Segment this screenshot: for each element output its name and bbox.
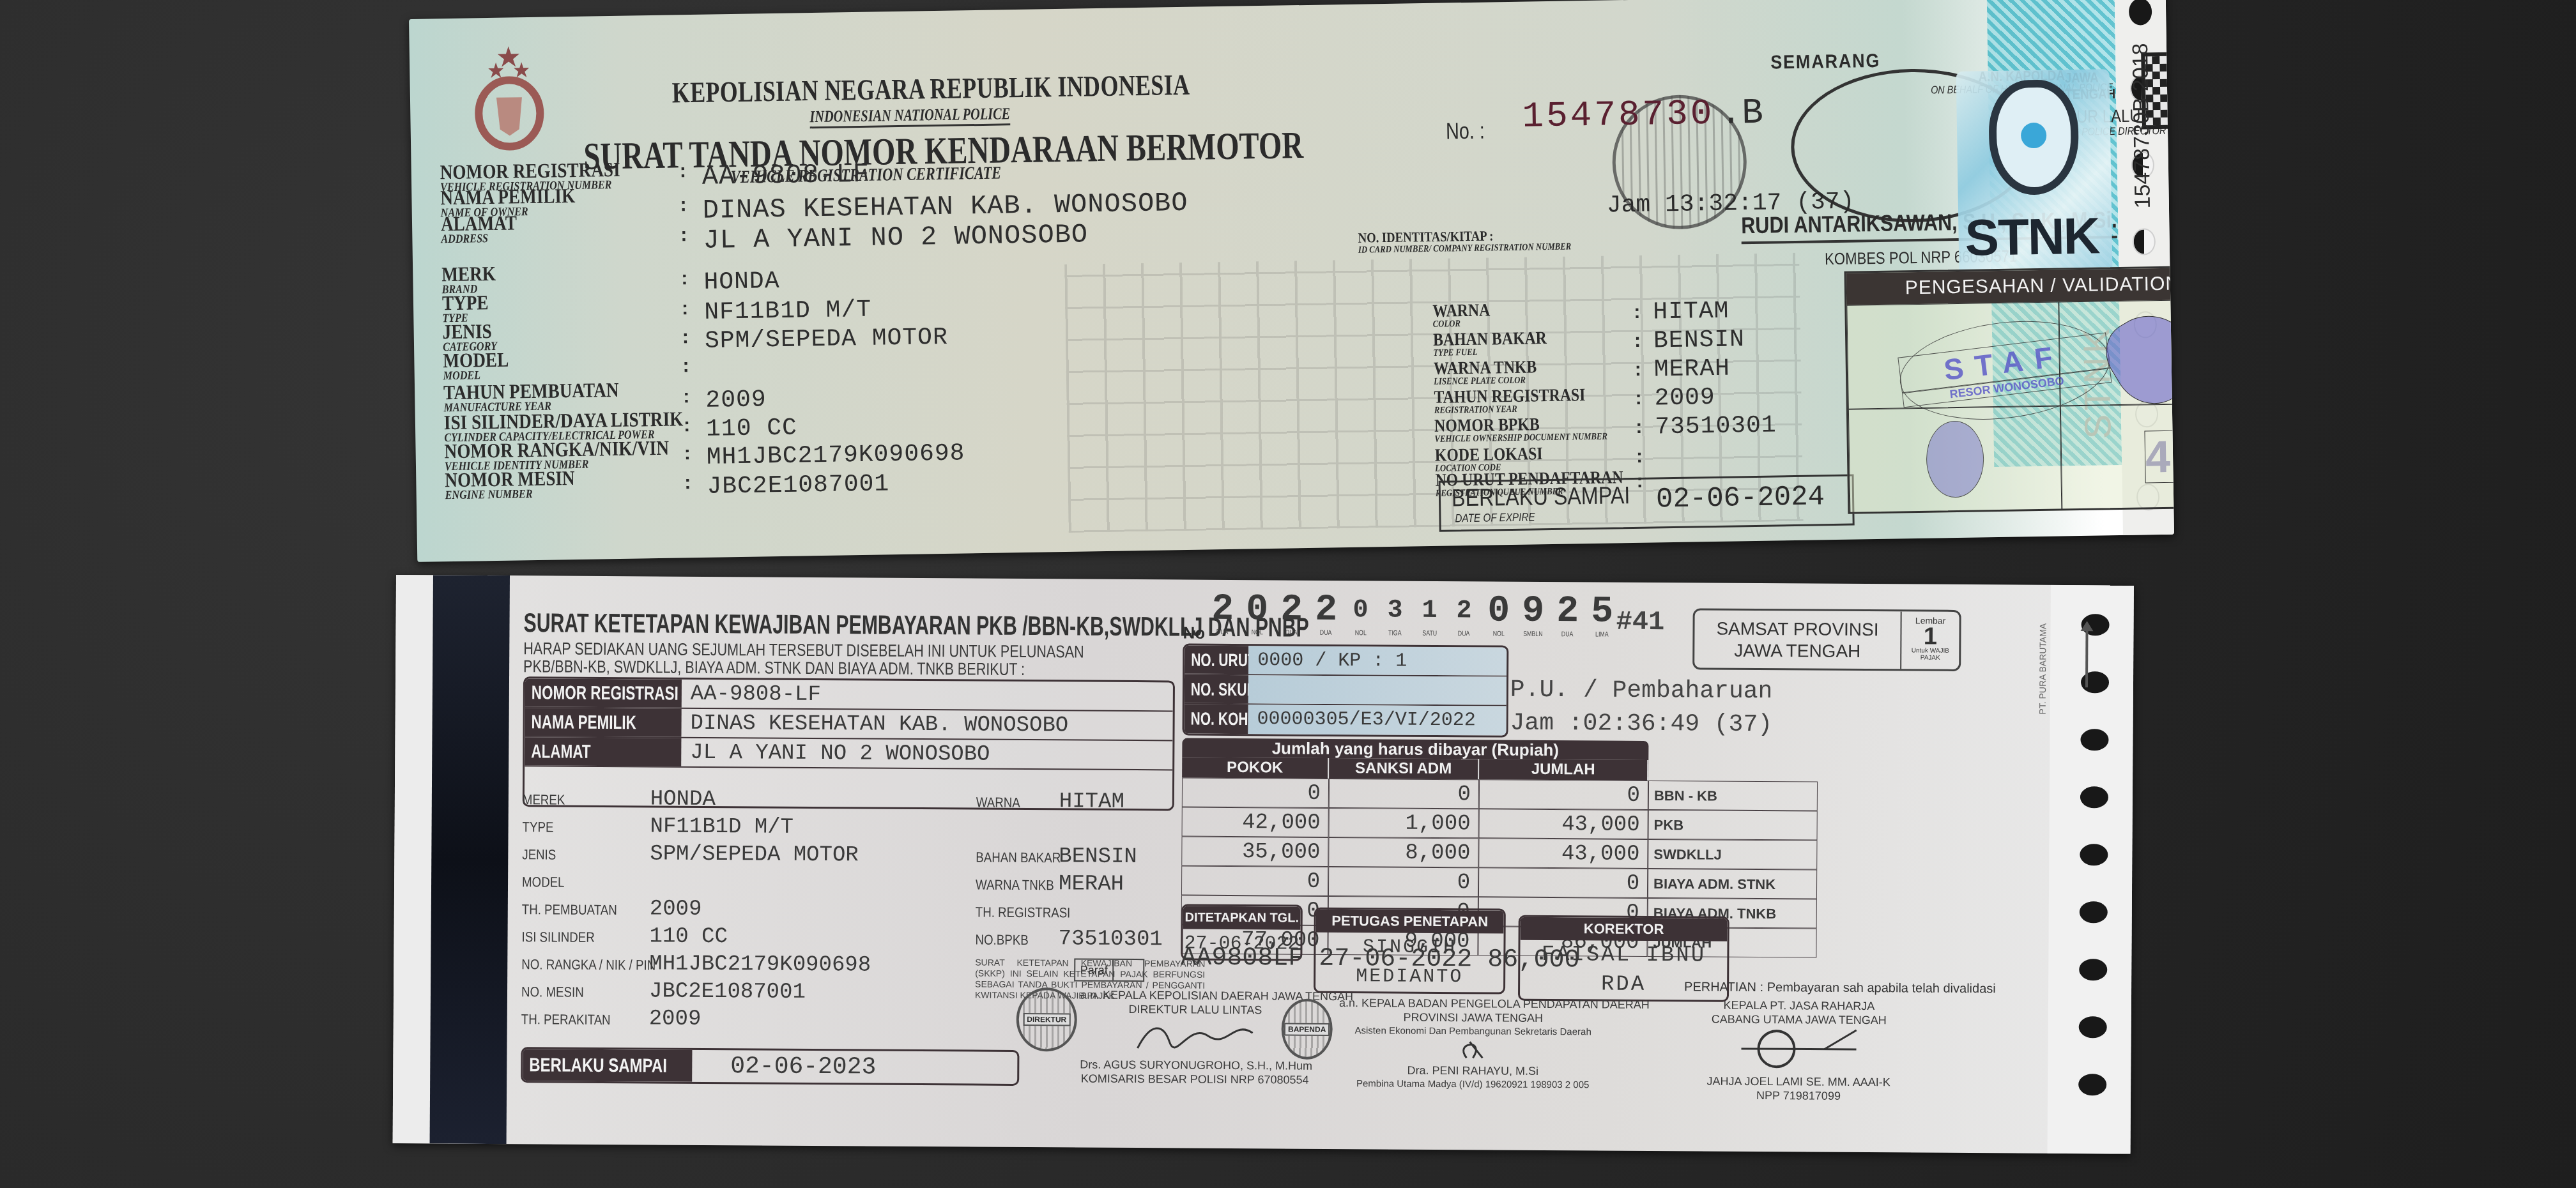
stnk-brand-mark: STNK: [1965, 206, 2099, 267]
field-value: JBC2E1087001: [707, 470, 889, 500]
number-digit: 2DUA: [1310, 592, 1341, 637]
field-value: 2009: [705, 386, 767, 414]
vehicle-value: HONDA: [650, 787, 716, 812]
vehicle-label: WARNA: [976, 795, 1020, 811]
smudged-stamp: [2094, 299, 2174, 418]
vehicle-value: HITAM: [1059, 789, 1124, 814]
reference-row: NO. URUT0000 / KP : 1: [1184, 646, 1506, 677]
skkp-expiry-date: 02-06-2023: [692, 1050, 1017, 1084]
expiry-label: BERLAKU SAMPAI: [1452, 482, 1630, 512]
samsat-box: SAMSAT PROVINSI JAWA TENGAH Lembar 1 Unt…: [1692, 608, 1961, 671]
field-value: 110 CC: [706, 415, 797, 443]
field-label: MODELMODEL: [443, 350, 509, 383]
validation-print: AA9808LF 27-06-2022 86,000: [1181, 944, 1579, 975]
signatory-line-1: a.n. KEPALA KEPOLISIAN DAERAH JAWA TENGA…: [1080, 988, 1310, 1003]
digit-word: TIGA: [1388, 629, 1402, 637]
number-digit: 1SATU: [1414, 593, 1445, 637]
digit-word: SATU: [1422, 630, 1437, 637]
perforation-hole: [2080, 786, 2108, 808]
digit-value: 9: [1522, 593, 1544, 630]
jasa-raharja-logo-icon: [1728, 1026, 1869, 1072]
vehicle-label: NO. RANGKA / NIK / PIN: [521, 956, 655, 973]
field-value: NF11B1D M/T: [704, 296, 871, 326]
samsat-name: SAMSAT PROVINSI JAWA TENGAH: [1694, 610, 1901, 669]
field-label: WARNA TNKBLISENCE PLATE COLOR: [1434, 359, 1537, 387]
police-emblem-icon: [467, 43, 552, 153]
field-colon: :: [680, 224, 687, 246]
skkp-expiry-label: BERLAKU SAMPAI: [529, 1049, 667, 1083]
field-colon: :: [680, 194, 687, 216]
field-value: DINAS KESEHATAN KAB. WONOSOBO: [702, 188, 1188, 226]
number-digit: 2DUA: [1276, 591, 1307, 636]
director-seal: DIREKTUR: [1016, 987, 1077, 1052]
field-value: AA-9808-LF: [702, 159, 870, 192]
reference-row: NO. KOHIR00000305/E3/VI/2022: [1184, 704, 1506, 736]
digit-word: LIMA: [1595, 630, 1609, 638]
field-label: NOMOR BPKBVEHICLE OWNERSHIP DOCUMENT NUM…: [1434, 416, 1607, 445]
signatory-police: a.n. KEPALA KEPOLISIAN DAERAH JAWA TENGA…: [1080, 988, 1310, 1087]
skkp-number: 2DUA0NOL2DUA2DUA0NOL3TIGA1SATU2DUA0NOL9S…: [1207, 591, 1617, 639]
field-value: HITAM: [1653, 298, 1729, 326]
field-value: MH1JBC2179K090698: [706, 439, 965, 471]
number-digit: 3TIGA: [1379, 592, 1410, 637]
issue-city: SEMARANG: [1770, 50, 1880, 74]
document-number-suffix: .B: [1720, 93, 1763, 134]
stnk-certificate: KEPOLISIAN NEGARA REPUBLIK INDONESIA IND…: [409, 0, 2174, 562]
expiry-label-en: DATE OF EXPIRE: [1455, 510, 1535, 525]
owner-row-label: NAMA PEMILIK: [525, 708, 681, 736]
corrector-label: KOREKTOR: [1521, 917, 1728, 941]
number-digit: 5LIMA: [1586, 593, 1617, 638]
owner-row: NAMA PEMILIKDINAS KESEHATAN KAB. WONOSOB…: [525, 708, 1172, 741]
owner-row-label-text: NAMA PEMILIK: [531, 708, 636, 736]
reference-value: 0000 / KP : 1: [1248, 646, 1506, 675]
field-label-en: LISENCE PLATE COLOR: [1434, 376, 1537, 387]
payment-item-label: SWDKLLJ: [1648, 839, 1817, 870]
field-colon: :: [680, 160, 687, 182]
vehicle-value: SPM/SEPEDA MOTOR: [650, 842, 859, 867]
digit-word: SMBLN: [1523, 630, 1542, 638]
field-value: 73510301: [1655, 411, 1777, 441]
digit-word: DUA: [1458, 630, 1470, 637]
lembar-for: Untuk WAJIB PAJAK: [1901, 647, 1959, 662]
digit-value: 0: [1246, 591, 1268, 628]
perforation-hole: [2079, 959, 2107, 980]
owner-row-value: DINAS KESEHATAN KAB. WONOSOBO: [681, 709, 1172, 740]
field-value: 2009: [1654, 384, 1715, 412]
field-colon: :: [681, 268, 688, 289]
vehicle-value: BENSIN: [1059, 844, 1137, 869]
header-spacer: [1648, 760, 1818, 782]
field-colon: :: [683, 386, 690, 407]
skkp-number-prefix: No: [1183, 623, 1205, 643]
samsat-line-1: SAMSAT PROVINSI: [1694, 618, 1900, 641]
id-card-label: NO. IDENTITAS/KITAP : ID CARD NUMBER/ CO…: [1358, 227, 1571, 255]
vehicle-label: JENIS: [522, 846, 556, 863]
digit-value: 2: [1315, 592, 1337, 629]
number-digit: 0NOL: [1345, 592, 1376, 637]
field-colon: :: [1634, 330, 1641, 352]
reference-label: NO. KOHIR: [1184, 704, 1248, 735]
number-digit: 2DUA: [1207, 591, 1238, 636]
payment-item-label: PKB: [1648, 810, 1818, 841]
payment-pokok-cell: 0: [1181, 866, 1328, 896]
field-value: BENSIN: [1653, 326, 1745, 354]
signatory-name: Dra. PENI RAHAYU, M.Si: [1338, 1063, 1607, 1079]
payment-pokok-cell: 42,000: [1182, 807, 1329, 837]
vehicle-value: 73510301: [1058, 927, 1162, 952]
field-colon: :: [684, 472, 691, 494]
validation-cell-1: STAF RESOR WONOSOBO: [1846, 301, 2060, 409]
reference-label: NO. URUT: [1184, 646, 1248, 674]
round-stamp: [1926, 420, 1984, 498]
subtitle-line-2: PKB/BBN-KB, SWDKLLJ, BIAYA ADM. STNK DAN…: [523, 657, 1084, 678]
perforation-hole: [2080, 901, 2108, 923]
signatory-bapenda: a.n. KEPALA BADAN PENGELOLA PENDAPATAN D…: [1338, 996, 1607, 1093]
reference-value: 00000305/E3/VI/2022: [1248, 704, 1506, 735]
black-security-strip: [430, 575, 510, 1144]
feed-direction-arrow-icon: [2085, 630, 2089, 687]
skkp-payment-certificate: PT. PURA BARUTAMA SURAT KETETAPAN KEWAJI…: [393, 575, 2134, 1154]
field-label: BAHAN BAKARTYPE FUEL: [1433, 330, 1547, 358]
field-label: WARNACOLOR: [1432, 302, 1491, 329]
signatory-line-2: PROVINSI JAWA TENGAH: [1339, 1010, 1607, 1026]
perforation-hole: [2079, 1016, 2107, 1038]
owner-row: NOMOR REGISTRASIAA-9808-LF: [525, 678, 1173, 712]
payment-jumlah-cell: 0: [1478, 867, 1648, 898]
payment-jumlah-cell: 43,000: [1479, 809, 1648, 839]
field-label: NOMOR MESINENGINE NUMBER: [445, 468, 575, 501]
digit-value: 2: [1280, 591, 1303, 628]
assessor-label: PETUGAS PENETAPAN: [1316, 910, 1504, 934]
vehicle-label: TH. REGISTRASI: [976, 904, 1071, 922]
vehicle-label: MODEL: [522, 874, 565, 890]
left-margin: [393, 575, 433, 1143]
vehicle-value: 2009: [650, 897, 702, 921]
vehicle-value: MH1JBC2179K090698: [649, 952, 871, 977]
signature-icon: [1131, 1016, 1259, 1055]
field-colon: :: [684, 415, 691, 436]
payment-header: Jumlah yang harus dibayar (Rupiah): [1182, 738, 1648, 760]
digit-word: NOL: [1492, 630, 1504, 637]
digit-word: DUA: [1561, 630, 1574, 638]
validation-cell-3: [1848, 406, 2062, 513]
document-number-label: No. :: [1446, 118, 1485, 145]
payment-jumlah-cell: 0: [1479, 779, 1648, 810]
lembar-box: Lembar 1 Untuk WAJIB PAJAK: [1900, 611, 1959, 669]
perforation-hole: [2080, 844, 2108, 865]
bapenda-seal: BAPENDA: [1281, 998, 1333, 1059]
vehicle-label: NO. MESIN: [521, 984, 584, 1001]
vehicle-label: BAHAN BAKAR: [976, 849, 1061, 867]
number-digit: 9SMBLN: [1517, 593, 1548, 638]
validation-cell-2: [2058, 299, 2174, 406]
number-digit: 0NOL: [1241, 591, 1272, 636]
cell-number: 4: [2144, 428, 2174, 483]
vehicle-value: JBC2E1087001: [649, 979, 806, 1004]
field-value: SPM/SEPEDA MOTOR: [705, 324, 948, 355]
signature-icon: [1447, 1039, 1498, 1060]
skkp-number-tag: #41: [1616, 607, 1664, 637]
signatory-line-1: KEPALA PT. JASA RAHARJA: [1678, 998, 1920, 1013]
reference-numbers-box: NO. URUT0000 / KP : 1NO. SKUMNO. KOHIR00…: [1182, 644, 1508, 738]
signatory-line-2: CABANG UTAMA JAWA TENGAH: [1678, 1012, 1920, 1027]
vehicle-value: 110 CC: [649, 924, 728, 949]
paraf-box: Paraf: [1074, 958, 1144, 982]
field-label-text: BAHAN BAKAR: [1433, 328, 1547, 350]
payment-sanksi-cell: 1,000: [1329, 808, 1479, 838]
vehicle-label: NO.BPKB: [975, 932, 1028, 949]
payment-column-header: POKOK: [1182, 758, 1329, 779]
perforation-hole: [2080, 729, 2108, 750]
owner-row-label: NOMOR REGISTRASI: [525, 678, 682, 707]
vehicle-details-left: MEREKHONDATYPENF11B1D M/TJENISSPM/SEPEDA…: [396, 575, 2134, 586]
perforation-hole: [2132, 228, 2156, 255]
perforation-hole: [2078, 1074, 2106, 1095]
owner-row: ALAMATJL A YANI NO 2 WONOSOBO: [525, 737, 1172, 770]
expiry-date: 02-06-2024: [1656, 481, 1825, 515]
reference-label-text: NO. SKUM: [1191, 675, 1248, 704]
signatory-title: NPP 719817099: [1677, 1088, 1920, 1103]
reference-row: NO. SKUM: [1184, 675, 1506, 706]
vehicle-label: ISI SILINDER: [521, 929, 594, 946]
vehicle-label: TH. PERAKITAN: [521, 1011, 611, 1028]
printer-mark: PT. PURA BARUTAMA: [2037, 623, 2048, 715]
signatory-line-3: Asisten Ekonomi Dan Pembangunan Sekretar…: [1339, 1024, 1607, 1040]
owner-row-value: AA-9808-LF: [682, 680, 1173, 711]
payment-sanksi-cell: 8,000: [1328, 837, 1478, 867]
number-digit: 2DUA: [1552, 593, 1583, 638]
vehicle-details-right: WARNAHITAMBAHAN BAKARBENSINWARNA TNKBMER…: [396, 575, 2134, 586]
field-label-text: WARNA: [1432, 300, 1490, 321]
number-digit: 2DUA: [1448, 593, 1479, 637]
institution-title-en: INDONESIAN NATIONAL POLICE: [809, 104, 1010, 128]
payment-pokok-cell: 35,000: [1181, 837, 1328, 867]
reference-label: NO. SKUM: [1184, 675, 1248, 704]
vehicle-label: TH. PEMBUATAN: [522, 901, 617, 918]
digit-word: NOL: [1354, 629, 1366, 637]
reference-label-text: NO. URUT: [1191, 646, 1248, 674]
document-number: 15478730: [1522, 93, 1715, 137]
reference-value: [1248, 675, 1506, 704]
vehicle-value: NF11B1D M/T: [650, 814, 793, 839]
vertical-serial: 15478730B 2018: [2128, 43, 2156, 209]
vehicle-value: MERAH: [1059, 872, 1124, 897]
assessment-date-label: DITETAPKAN TGL.: [1183, 906, 1301, 930]
skkp-subtitle: HARAP SEDIAKAN UANG SEJUMLAH TERSEBUT DI…: [523, 639, 1084, 678]
digit-value: 2: [1456, 593, 1471, 630]
payment-pokok-cell: 0: [1182, 778, 1329, 808]
payment-column-header: JUMLAH: [1479, 759, 1648, 781]
samsat-line-2: JAWA TENGAH: [1694, 639, 1900, 662]
field-colon: :: [1635, 388, 1642, 409]
owner-row-label: ALAMAT: [525, 737, 681, 766]
digit-value: 0: [1353, 592, 1368, 629]
vehicle-label: TYPE: [523, 819, 554, 835]
signatory-title: Pembina Utama Madya (IV/d) 19620921 1989…: [1338, 1077, 1607, 1093]
payment-jumlah-cell: 43,000: [1478, 838, 1648, 869]
vehicle-fields-right: WARNACOLOR:HITAMBAHAN BAKARTYPE FUEL:BEN…: [409, 0, 2166, 19]
validation-title: PENGESAHAN / VALIDATION: [1846, 267, 2174, 305]
field-value: JL A YANI NO 2 WONOSOBO: [703, 219, 1088, 255]
signatory-jasa-raharja: KEPALA PT. JASA RAHARJA CABANG UTAMA JAW…: [1677, 998, 1920, 1103]
field-colon: :: [682, 298, 689, 319]
perforated-margin: [2048, 585, 2134, 1154]
payment-sanksi-cell: 0: [1329, 779, 1479, 809]
signatory-name: Drs. AGUS SURYONUGROHO, S.H., M.Hum: [1080, 1058, 1310, 1073]
field-colon: :: [1634, 301, 1641, 323]
number-digit: 0NOL: [1483, 593, 1514, 637]
payment-notice: PERHATIAN : Pembayaran sah apabila telah…: [1684, 980, 1996, 996]
vehicle-label: WARNA TNKB: [976, 877, 1054, 894]
vehicle-label: MEREK: [523, 791, 565, 808]
signatory-title: KOMISARIS BESAR POLISI NRP 67080554: [1080, 1072, 1310, 1087]
field-colon: :: [1636, 416, 1643, 438]
digit-word: DUA: [1216, 628, 1229, 636]
digit-value: 1: [1422, 593, 1437, 630]
perforation-hole: [2129, 0, 2152, 26]
payment-sanksi-cell: 0: [1328, 867, 1478, 897]
lembar-number: 1: [1901, 625, 1959, 648]
signatory-line-2: DIREKTUR LALU LINTAS: [1080, 1002, 1310, 1017]
digit-word: NOL: [1251, 628, 1262, 636]
field-label: ALAMATADDRESS: [441, 213, 517, 245]
registration-status: P.U. / Pembaharuan: [1510, 676, 1773, 706]
paraf-label: Paraf: [1075, 960, 1114, 980]
payment-item-label: BIAYA ADM. STNK: [1648, 869, 1817, 899]
reference-label-text: NO. KOHIR: [1191, 704, 1248, 735]
payment-column-header: SANKSI ADM: [1329, 758, 1479, 779]
digit-value: 2: [1211, 591, 1234, 628]
field-colon: :: [682, 326, 689, 348]
owner-row-label-text: NOMOR REGISTRASI: [532, 678, 678, 707]
field-value: MERAH: [1654, 355, 1731, 384]
payment-item-label: BBN - KB: [1648, 781, 1818, 811]
seal-text: BAPENDA: [1284, 1023, 1330, 1035]
digit-value: 5: [1591, 593, 1613, 630]
seal-text: DIREKTUR: [1023, 1013, 1070, 1026]
field-colon: :: [684, 443, 691, 464]
validation-cell-4: 4: [2060, 403, 2174, 510]
vehicle-fields-left: NOMOR REGISTRASIVEHICLE REGISTRATION NUM…: [409, 0, 2166, 19]
institution-title: KEPOLISIAN NEGARA REPUBLIK INDONESIA: [671, 68, 1190, 110]
validation-box: PENGESAHAN / VALIDATION STAF RESOR WONOS…: [1844, 265, 2174, 514]
digit-value: 3: [1387, 592, 1402, 629]
signatory-line-1: a.n. KEPALA BADAN PENGELOLA PENDAPATAN D…: [1339, 996, 1607, 1012]
skkp-expiry-box: BERLAKU SAMPAI 02-06-2023: [521, 1047, 1019, 1086]
field-colon: :: [682, 355, 689, 377]
field-colon: :: [1635, 359, 1642, 381]
owner-row-label-text: ALAMAT: [531, 737, 591, 766]
owner-row-value: JL A YANI NO 2 WONOSOBO: [681, 738, 1172, 770]
digit-word: DUA: [1285, 629, 1298, 637]
field-value: HONDA: [703, 268, 780, 296]
digit-value: 0: [1487, 593, 1510, 630]
digit-value: 2: [1556, 593, 1579, 630]
signatory-name: JAHJA JOEL LAMI SE. MM. AAAI-K: [1677, 1074, 1920, 1089]
vehicle-value: 2009: [649, 1007, 701, 1031]
field-colon: :: [1636, 446, 1643, 468]
print-time: Jam :02:36:49 (37): [1510, 710, 1772, 739]
digit-word: DUA: [1320, 629, 1332, 637]
field-label: TAHUN REGISTRASIREGISTRATION YEAR: [1434, 387, 1586, 416]
